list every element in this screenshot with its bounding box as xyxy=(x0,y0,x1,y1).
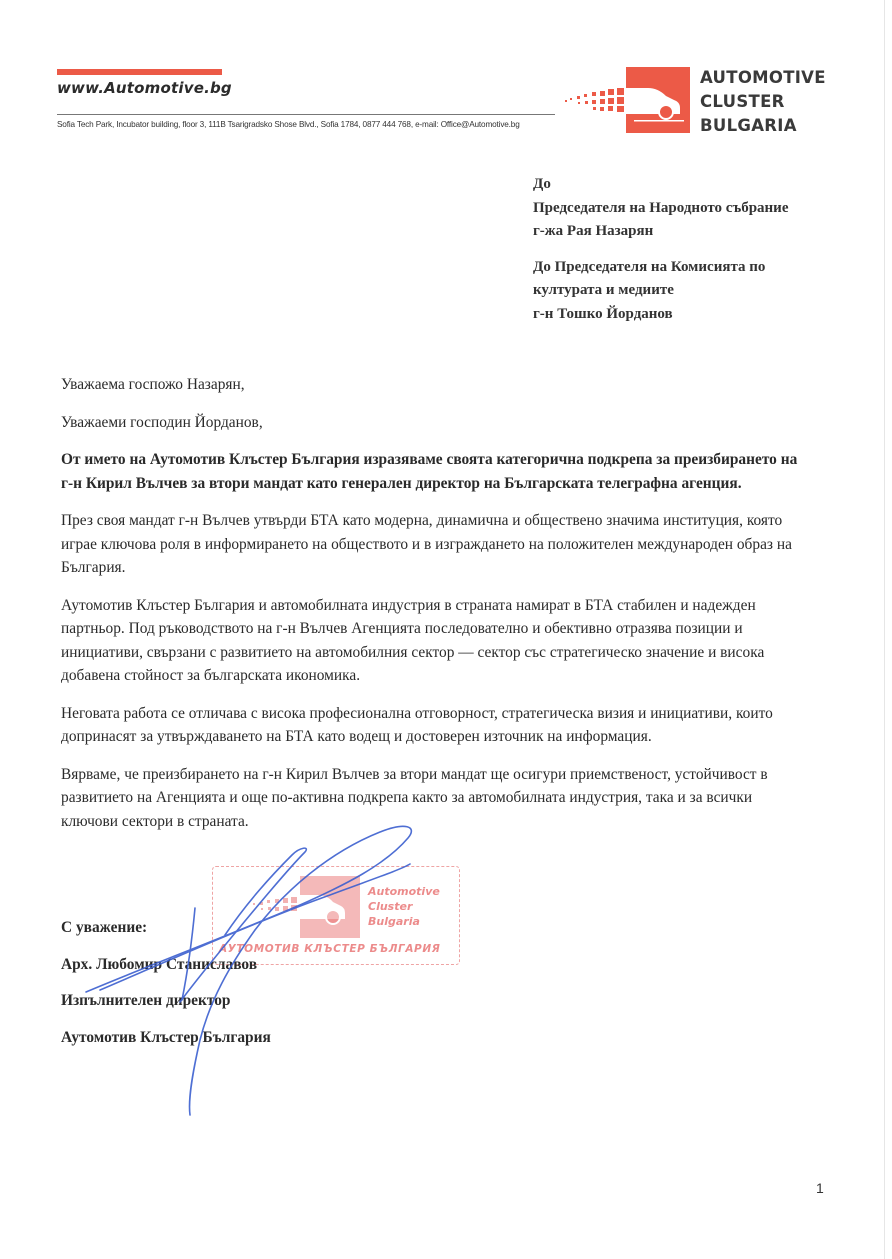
addressee-block: До Председателя на Народното събрание г-… xyxy=(533,173,788,326)
addressee-line: До xyxy=(533,173,788,197)
body-paragraph: Аутомотив Клъстер България и автомобилна… xyxy=(61,594,801,688)
body-paragraph: През своя мандат г-н Вълчев утвърди БТА … xyxy=(61,509,801,580)
letterhead-website: www.Automotive.bg xyxy=(57,79,232,97)
logo-wordmark: AUTOMOTIVE CLUSTER BULGARIA xyxy=(700,66,826,138)
greeting-2: Уважаеми господин Йорданов, xyxy=(61,411,801,435)
addressee-line: Председателя на Народното събрание xyxy=(533,197,788,221)
logo-line-1: AUTOMOTIVE xyxy=(700,66,826,90)
body-paragraph: Вярваме, че преизбирането на г-н Кирил В… xyxy=(61,763,801,834)
logo-line-2: CLUSTER xyxy=(700,90,826,114)
logo-line-3: BULGARIA xyxy=(700,114,826,138)
automotive-cluster-logo: AUTOMOTIVE CLUSTER BULGARIA xyxy=(562,66,832,136)
signature-block: С уважение: Арх. Любомир Станиславов Изп… xyxy=(61,916,271,1062)
closing: С уважение: xyxy=(61,916,271,953)
body-paragraph: Неговата работа се отличава с висока про… xyxy=(61,702,801,749)
signatory-title: Изпълнителен директор xyxy=(61,989,271,1026)
page-number: 1 xyxy=(816,1180,824,1196)
stamp-wordmark: Automotive Cluster Bulgaria xyxy=(368,884,440,929)
signatory-name: Арх. Любомир Станиславов xyxy=(61,953,271,990)
stamp-line: Automotive xyxy=(368,884,440,899)
scan-edge-line xyxy=(884,0,885,1259)
lead-paragraph: От името на Аутомотив Клъстер България и… xyxy=(61,448,801,495)
addressee-line: г-н Тошко Йорданов xyxy=(533,303,788,327)
addressee-line: До Председателя на Комисията по xyxy=(533,256,788,280)
stamp-line: Bulgaria xyxy=(368,914,440,929)
addressee-committee-chair: До Председателя на Комисията по културат… xyxy=(533,256,788,327)
letterhead-divider xyxy=(57,114,555,115)
signatory-organization: Аутомотив Клъстер България xyxy=(61,1026,271,1063)
letterhead-address: Sofia Tech Park, Incubator building, flo… xyxy=(57,120,520,129)
car-pixel-logo-icon xyxy=(562,66,692,134)
letter-body: Уважаема госпожо Назарян, Уважаеми госпо… xyxy=(61,373,801,847)
stamp-line: Cluster xyxy=(368,899,440,914)
addressee-line: г-жа Рая Назарян xyxy=(533,220,788,244)
greeting-1: Уважаема госпожо Назарян, xyxy=(61,373,801,397)
addressee-speaker: До Председателя на Народното събрание г-… xyxy=(533,173,788,244)
letterhead-accent-bar xyxy=(57,69,222,75)
addressee-line: културата и медиите xyxy=(533,279,788,303)
